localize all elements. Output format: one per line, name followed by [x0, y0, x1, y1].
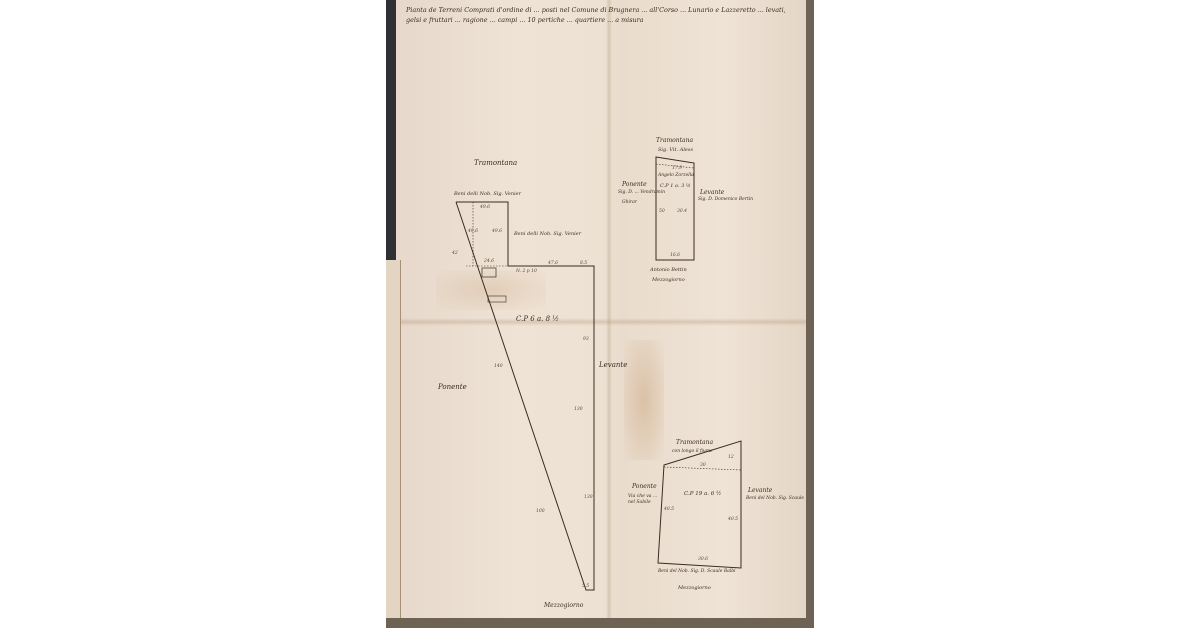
plan-bottom-east-owner: Beni del Nob. Sig. Scaule: [746, 497, 804, 502]
measure-right-lower: 130: [574, 408, 583, 413]
plan-top-south-owner: Antonio Bettin: [650, 268, 687, 273]
right-margin: [806, 0, 814, 628]
survey-drawing: [396, 0, 806, 620]
plan-bottom-measure-corner: 12: [728, 456, 734, 461]
measure-right-bottom: 130: [584, 496, 593, 501]
plan-large-west-label: Ponente: [438, 384, 467, 391]
plan-large-east-label: Levante: [599, 362, 627, 369]
plan-bottom-measure-right: 40.5: [728, 518, 738, 523]
plan-top-north-owner: Sig. Vit. Aless: [658, 148, 693, 153]
plan-bottom-measure-left: 40.5: [664, 508, 674, 513]
measure-ledge-left: 24.6: [484, 260, 494, 265]
plan-bottom-west-label: Ponente: [632, 484, 657, 490]
measure-inner-left: 49.6: [468, 230, 478, 235]
plan-bottom-west-owner: Via che va ... nel Sabile: [628, 494, 658, 506]
plan-bottom-south-owner: Beni del Nob. Sig. D. Scaule Balbi: [658, 570, 736, 575]
plan-top-west-owner: Sig. D. ... Vendramin: [618, 191, 665, 196]
plan-bottom-north-owner: con longo il fiume: [672, 450, 713, 455]
plan-top-measure-left: 50: [659, 210, 665, 215]
plan-top-inner-owner: Angelo Zorzella: [658, 174, 694, 179]
plan-large-right-owner: Beni delli Nob. Sig. Venier: [514, 232, 581, 237]
plan-bottom-north-label: Tramontana: [676, 440, 713, 446]
measure-right-upper: 93: [583, 338, 589, 343]
plan-bottom-area: C.P 19 a. 6 ½: [684, 492, 721, 498]
plan-top-east-owner: Sig. D. Domenico Bertin: [698, 198, 753, 203]
plan-top-measure-right: 30.4: [677, 210, 687, 215]
plan-bottom-east-label: Levante: [748, 488, 772, 494]
page-edge-strips: [386, 260, 401, 628]
plan-top-south-label: Mezzogiorno: [652, 278, 685, 283]
plan-top-area: C.P 1 a. 3 ½: [660, 184, 691, 189]
plan-top-west-extra: Ghirar: [622, 201, 637, 206]
scanned-document: Pianta de Terreni Comprati d'ordine di .…: [386, 0, 814, 628]
plan-top-measure-top: 17.9: [672, 167, 682, 172]
manuscript-page: Pianta de Terreni Comprati d'ordine di .…: [396, 0, 806, 620]
plan-large-area: C.P 6 a. 8 ½: [516, 316, 559, 323]
measure-diag-lower: 100: [536, 510, 545, 515]
plan-large-outline: [456, 202, 594, 590]
plan-large-south-label: Mezzogiorno: [544, 603, 583, 609]
plan-large-north-label: Tramontana: [474, 160, 517, 167]
plan-bottom-south-label: Mezzogiorno: [678, 586, 711, 591]
measure-mid-note: N. 2 p 10: [516, 270, 537, 275]
measure-left-edge: 42: [452, 252, 458, 257]
plan-top-west-label: Ponente: [622, 182, 647, 188]
measure-diagonal: 140: [494, 365, 503, 370]
measure-top: 49.6: [480, 206, 490, 211]
bottom-margin: [386, 618, 814, 628]
plan-top-north-label: Tramontana: [656, 138, 693, 144]
measure-ledge-right: 8.5: [580, 262, 587, 267]
image-viewer: Pianta de Terreni Comprati d'ordine di .…: [0, 0, 1200, 628]
measure-inner-right: 49.6: [492, 230, 502, 235]
plan-large-top-owner: Beni delli Nob. Sig. Venier: [454, 192, 521, 197]
plan-bottom-measure-top: 30: [700, 464, 706, 469]
plan-top-measure-bottom: 16.6: [670, 254, 680, 259]
measure-bottom: 5.5: [582, 585, 589, 590]
plan-bottom-measure-bottom: 30.6: [698, 558, 708, 563]
measure-ledge-mid: 47.6: [548, 262, 558, 267]
plan-top-east-label: Levante: [700, 190, 724, 196]
